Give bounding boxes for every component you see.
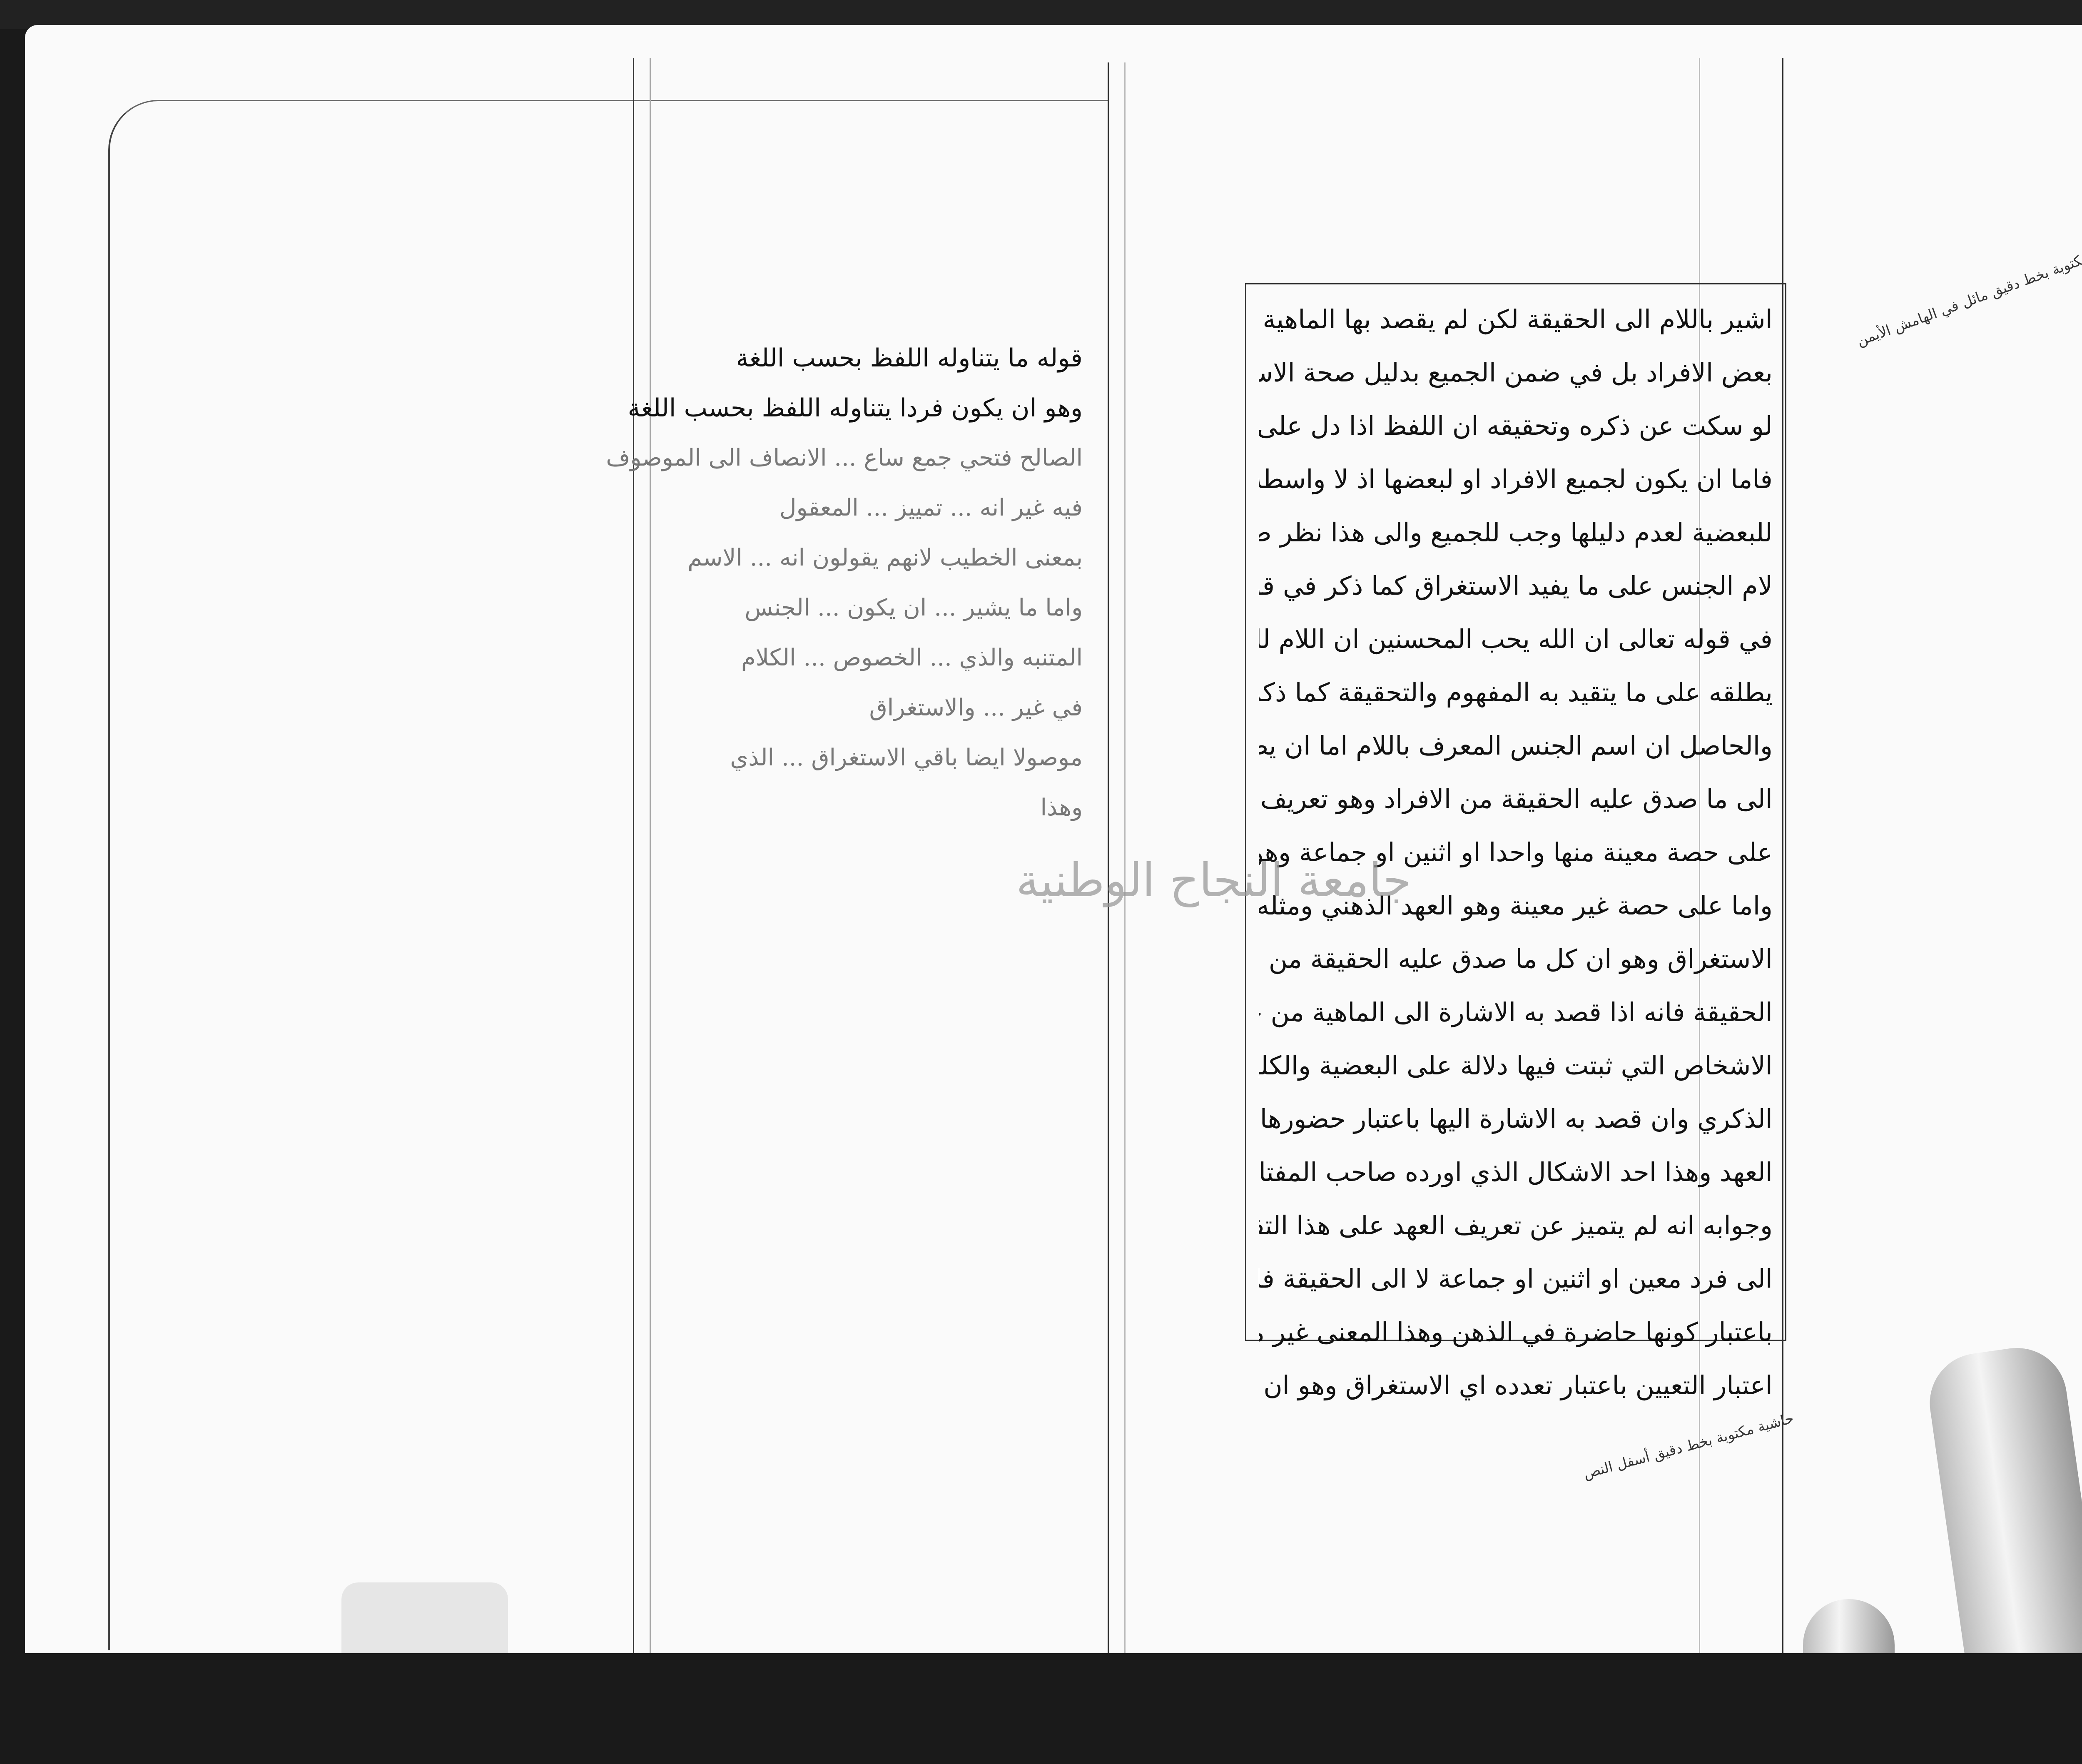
text-line: الحقيقة فانه اذا قصد به الاشارة الى الما… xyxy=(1259,986,1773,1039)
text-line: الى ما صدق عليه الحقيقة من الافراد وهو ت… xyxy=(1259,772,1773,826)
text-line: في غير ... والاستغراق xyxy=(437,683,1083,733)
text-line: باعتبار كونها حاضرة في الذهن وهذا المعنى… xyxy=(1259,1306,1773,1359)
text-line: وجوابه انه لم يتميز عن تعريف العهد على ه… xyxy=(1259,1199,1773,1252)
left-heading: قوله ما يتناوله اللفظ بحسب اللغة xyxy=(437,333,1083,383)
text-line: الى فرد معين او اثنين او جماعة لا الى ال… xyxy=(1259,1252,1773,1306)
left-page xyxy=(108,100,1109,1650)
text-line: اشير باللام الى الحقيقة لكن لم يقصد بها … xyxy=(1259,293,1773,346)
text-line: بعض الافراد بل في ضمن الجميع بدليل صحة ا… xyxy=(1259,346,1773,399)
text-line: موصولا ايضا باقي الاستغراق ... الذي xyxy=(437,733,1083,783)
text-line: واما ما يشير ... ان يكون ... الجنس xyxy=(437,583,1083,633)
left-page-text: قوله ما يتناوله اللفظ بحسب اللغة وهو ان … xyxy=(437,333,1083,833)
text-line: وهذا xyxy=(437,783,1083,833)
text-line: والحاصل ان اسم الجنس المعرف باللام اما ا… xyxy=(1259,719,1773,772)
text-line: لو سكت عن ذكره وتحقيقه ان اللفظ اذا دل ع… xyxy=(1259,399,1773,453)
text-line: اعتبار التعيين باعتبار تعدده اي الاستغرا… xyxy=(1259,1359,1773,1412)
text-line: الصالح فتحي جمع ساع ... الانصاف الى المو… xyxy=(437,433,1083,483)
text-line: الاشخاص التي ثبتت فيها دلالة على البعضية… xyxy=(1259,1039,1773,1092)
left-heading: وهو ان يكون فردا يتناوله اللفظ بحسب اللغ… xyxy=(437,383,1083,433)
text-line: بمعنى الخطيب لانهم يقولون انه ... الاسم xyxy=(437,533,1083,583)
text-line: العهد وهذا احد الاشكال الذي اورده صاحب ا… xyxy=(1259,1146,1773,1199)
text-line: للبعضية لعدم دليلها وجب للجميع والى هذا … xyxy=(1259,506,1773,559)
fold-line xyxy=(633,58,634,1682)
text-line: فيه غير انه ... تمييز ... المعقول xyxy=(437,483,1083,533)
text-line: لام الجنس على ما يفيد الاستغراق كما ذكر … xyxy=(1259,559,1773,613)
text-line: فاما ان يكون لجميع الافراد او لبعضها اذ … xyxy=(1259,453,1773,506)
text-line: في قوله تعالى ان الله يحب المحسنين ان ال… xyxy=(1259,613,1773,666)
text-line: الاستغراق وهو ان كل ما صدق عليه الحقيقة … xyxy=(1259,932,1773,986)
fold-line xyxy=(650,58,651,1682)
watermark: جامعة النجاح الوطنية xyxy=(1016,854,1411,907)
text-line: المتنبه والذي ... الخصوص ... الكلام xyxy=(437,633,1083,683)
right-page-text: اشير باللام الى الحقيقة لكن لم يقصد بها … xyxy=(1245,283,1786,1341)
text-line: يطلقه على ما يتقيد به المفهوم والتحقيقة … xyxy=(1259,666,1773,719)
text-line: الذكري وان قصد به الاشارة اليها باعتبار … xyxy=(1259,1092,1773,1146)
scan-bottom-band xyxy=(0,1653,2082,1764)
